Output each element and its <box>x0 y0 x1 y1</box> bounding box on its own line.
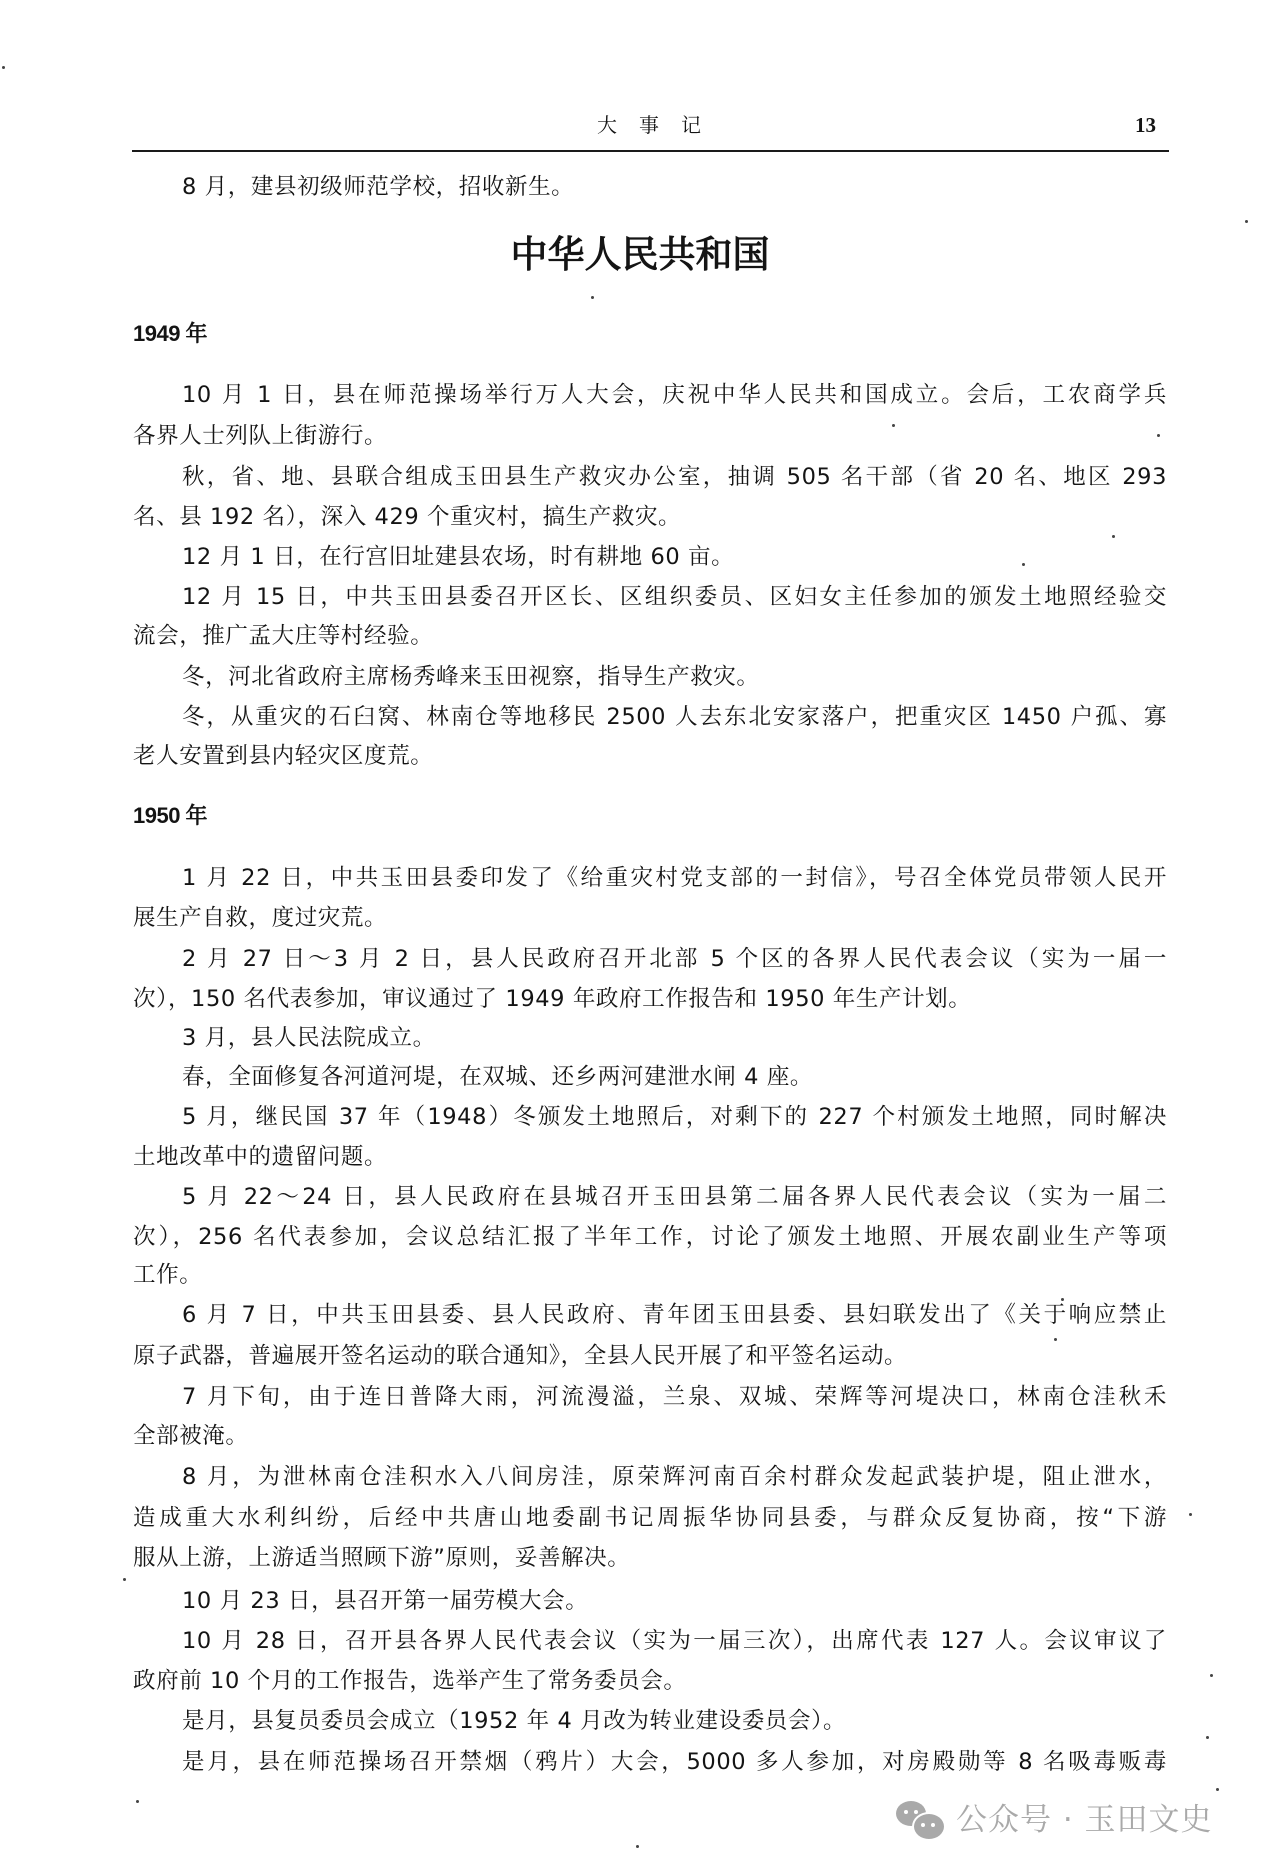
page-number: 13 <box>1116 110 1156 140</box>
entry-line: 12 月 15 日，中共玉田县委召开区长、区组织委员、区妇女主任参加的颁发土地照… <box>182 581 1167 613</box>
entry-line: 名、县 192 名），深入 429 个重灾村，搞生产救灾。 <box>133 501 1167 533</box>
watermark-text: 公众号 · 玉田文史 <box>956 1800 1213 1840</box>
entry-line: 工作。 <box>133 1259 1167 1291</box>
entry-line: 5 月 22～24 日，县人民政府在县城召开玉田县第二届各界人民代表会议（实为一… <box>182 1181 1167 1213</box>
entry-line: 3 月，县人民法院成立。 <box>182 1022 1167 1054</box>
entry-line: 是月，县复员委员会成立（1952 年 4 月改为转业建设委员会）。 <box>182 1705 1167 1737</box>
entry-line: 秋，省、地、县联合组成玉田县生产救灾办公室，抽调 505 名干部（省 20 名、… <box>182 461 1167 493</box>
running-header: 大事记 13 <box>0 110 1280 140</box>
entry-line: 次），150 名代表参加，审议通过了 1949 年政府工作报告和 1950 年生… <box>133 983 1167 1015</box>
watermark: 公众号 · 玉田文史 <box>896 1800 1246 1840</box>
entry-line: 5 月，继民国 37 年（1948）冬颁发土地照后，对剩下的 227 个村颁发土… <box>182 1101 1167 1133</box>
entry-line: 8 月，为泄林南仓洼积水入八间房洼，原荣辉河南百余村群众发起武装护堤，阻止泄水， <box>182 1461 1167 1493</box>
year-heading-1950: 1950 年 <box>133 801 207 831</box>
entry-line: 春，全面修复各河道河堤，在双城、还乡两河建泄水闸 4 座。 <box>182 1061 1167 1093</box>
entry-line: 12 月 1 日，在行宫旧址建县农场，时有耕地 60 亩。 <box>182 541 1167 573</box>
running-title: 大事记 <box>597 110 709 140</box>
entry-line: 次），256 名代表参加，会议总结汇报了半年工作，讨论了颁发土地照、开展农副业生… <box>133 1221 1167 1253</box>
year-heading-1949: 1949 年 <box>133 319 207 349</box>
scan-speck <box>1245 220 1248 223</box>
entry-line: 老人安置到县内轻灾区度荒。 <box>133 740 1167 772</box>
entry-line: 7 月下旬，由于连日普降大雨，河流漫溢，兰泉、双城、荣辉等河堤决口，林南仓洼秋禾 <box>182 1381 1167 1413</box>
scan-speck <box>123 1578 126 1581</box>
entry-line: 展生产自救，度过灾荒。 <box>133 902 1167 934</box>
entry-line: 服从上游，上游适当照顾下游”原则，妥善解决。 <box>133 1542 1167 1574</box>
scan-speck <box>1054 1338 1057 1341</box>
scan-speck <box>2 66 5 69</box>
entry-line: 政府前 10 个月的工作报告，选举产生了常务委员会。 <box>133 1665 1167 1697</box>
entry-line: 10 月 28 日，召开县各界人民代表会议（实为一届三次），出席代表 127 人… <box>182 1625 1167 1657</box>
entry-line: 10 月 23 日，县召开第一届劳模大会。 <box>182 1585 1167 1617</box>
scan-speck <box>1210 1674 1213 1677</box>
scan-speck <box>1189 1513 1192 1516</box>
entry-line: 1 月 22 日，中共玉田县委印发了《给重灾村党支部的一封信》，号召全体党员带领… <box>182 862 1167 894</box>
entry-line: 2 月 27 日～3 月 2 日，县人民政府召开北部 5 个区的各界人民代表会议… <box>182 943 1167 975</box>
entry-line: 土地改革中的遗留问题。 <box>133 1141 1167 1173</box>
entry-line: 全部被淹。 <box>133 1420 1167 1452</box>
entry-line: 10 月 1 日，县在师范操场举行万人大会，庆祝中华人民共和国成立。会后，工农商… <box>182 379 1167 411</box>
scan-speck <box>1216 1788 1219 1791</box>
header-rule <box>132 150 1169 152</box>
scan-speck <box>1061 1298 1064 1301</box>
scan-speck <box>591 296 594 299</box>
scan-speck <box>892 424 895 427</box>
entry-line: 原子武器，普遍展开签名运动的联合通知》，全县人民开展了和平签名运动。 <box>133 1340 1167 1372</box>
scan-speck <box>1022 563 1025 566</box>
entry-line: 各界人士列队上街游行。 <box>133 420 1167 452</box>
entry-line: 造成重大水利纠纷，后经中共唐山地委副书记周振华协同县委，与群众反复协商，按“下游 <box>133 1502 1167 1534</box>
entry-line: 是月，县在师范操场召开禁烟（鸦片）大会，5000 多人参加，对房殿勋等 8 名吸… <box>182 1746 1167 1778</box>
scan-speck <box>1157 434 1160 437</box>
entry-line: 6 月 7 日，中共玉田县委、县人民政府、青年团玉田县委、县妇联发出了《关于响应… <box>182 1299 1167 1331</box>
scan-speck <box>1112 535 1115 538</box>
section-title: 中华人民共和国 <box>0 232 1280 278</box>
entry-line: 冬，从重灾的石臼窝、林南仓等地移民 2500 人去东北安家落户，把重灾区 145… <box>182 701 1167 733</box>
scan-speck <box>1206 1736 1209 1739</box>
scan-speck <box>636 1845 639 1848</box>
scan-speck <box>136 1800 139 1803</box>
entry-line: 冬，河北省政府主席杨秀峰来玉田视察，指导生产救灾。 <box>182 661 1167 693</box>
entry-line: 流会，推广孟大庄等村经验。 <box>133 620 1167 652</box>
wechat-icon <box>896 1801 944 1839</box>
intro-line: 8 月，建县初级师范学校，招收新生。 <box>182 171 1167 203</box>
